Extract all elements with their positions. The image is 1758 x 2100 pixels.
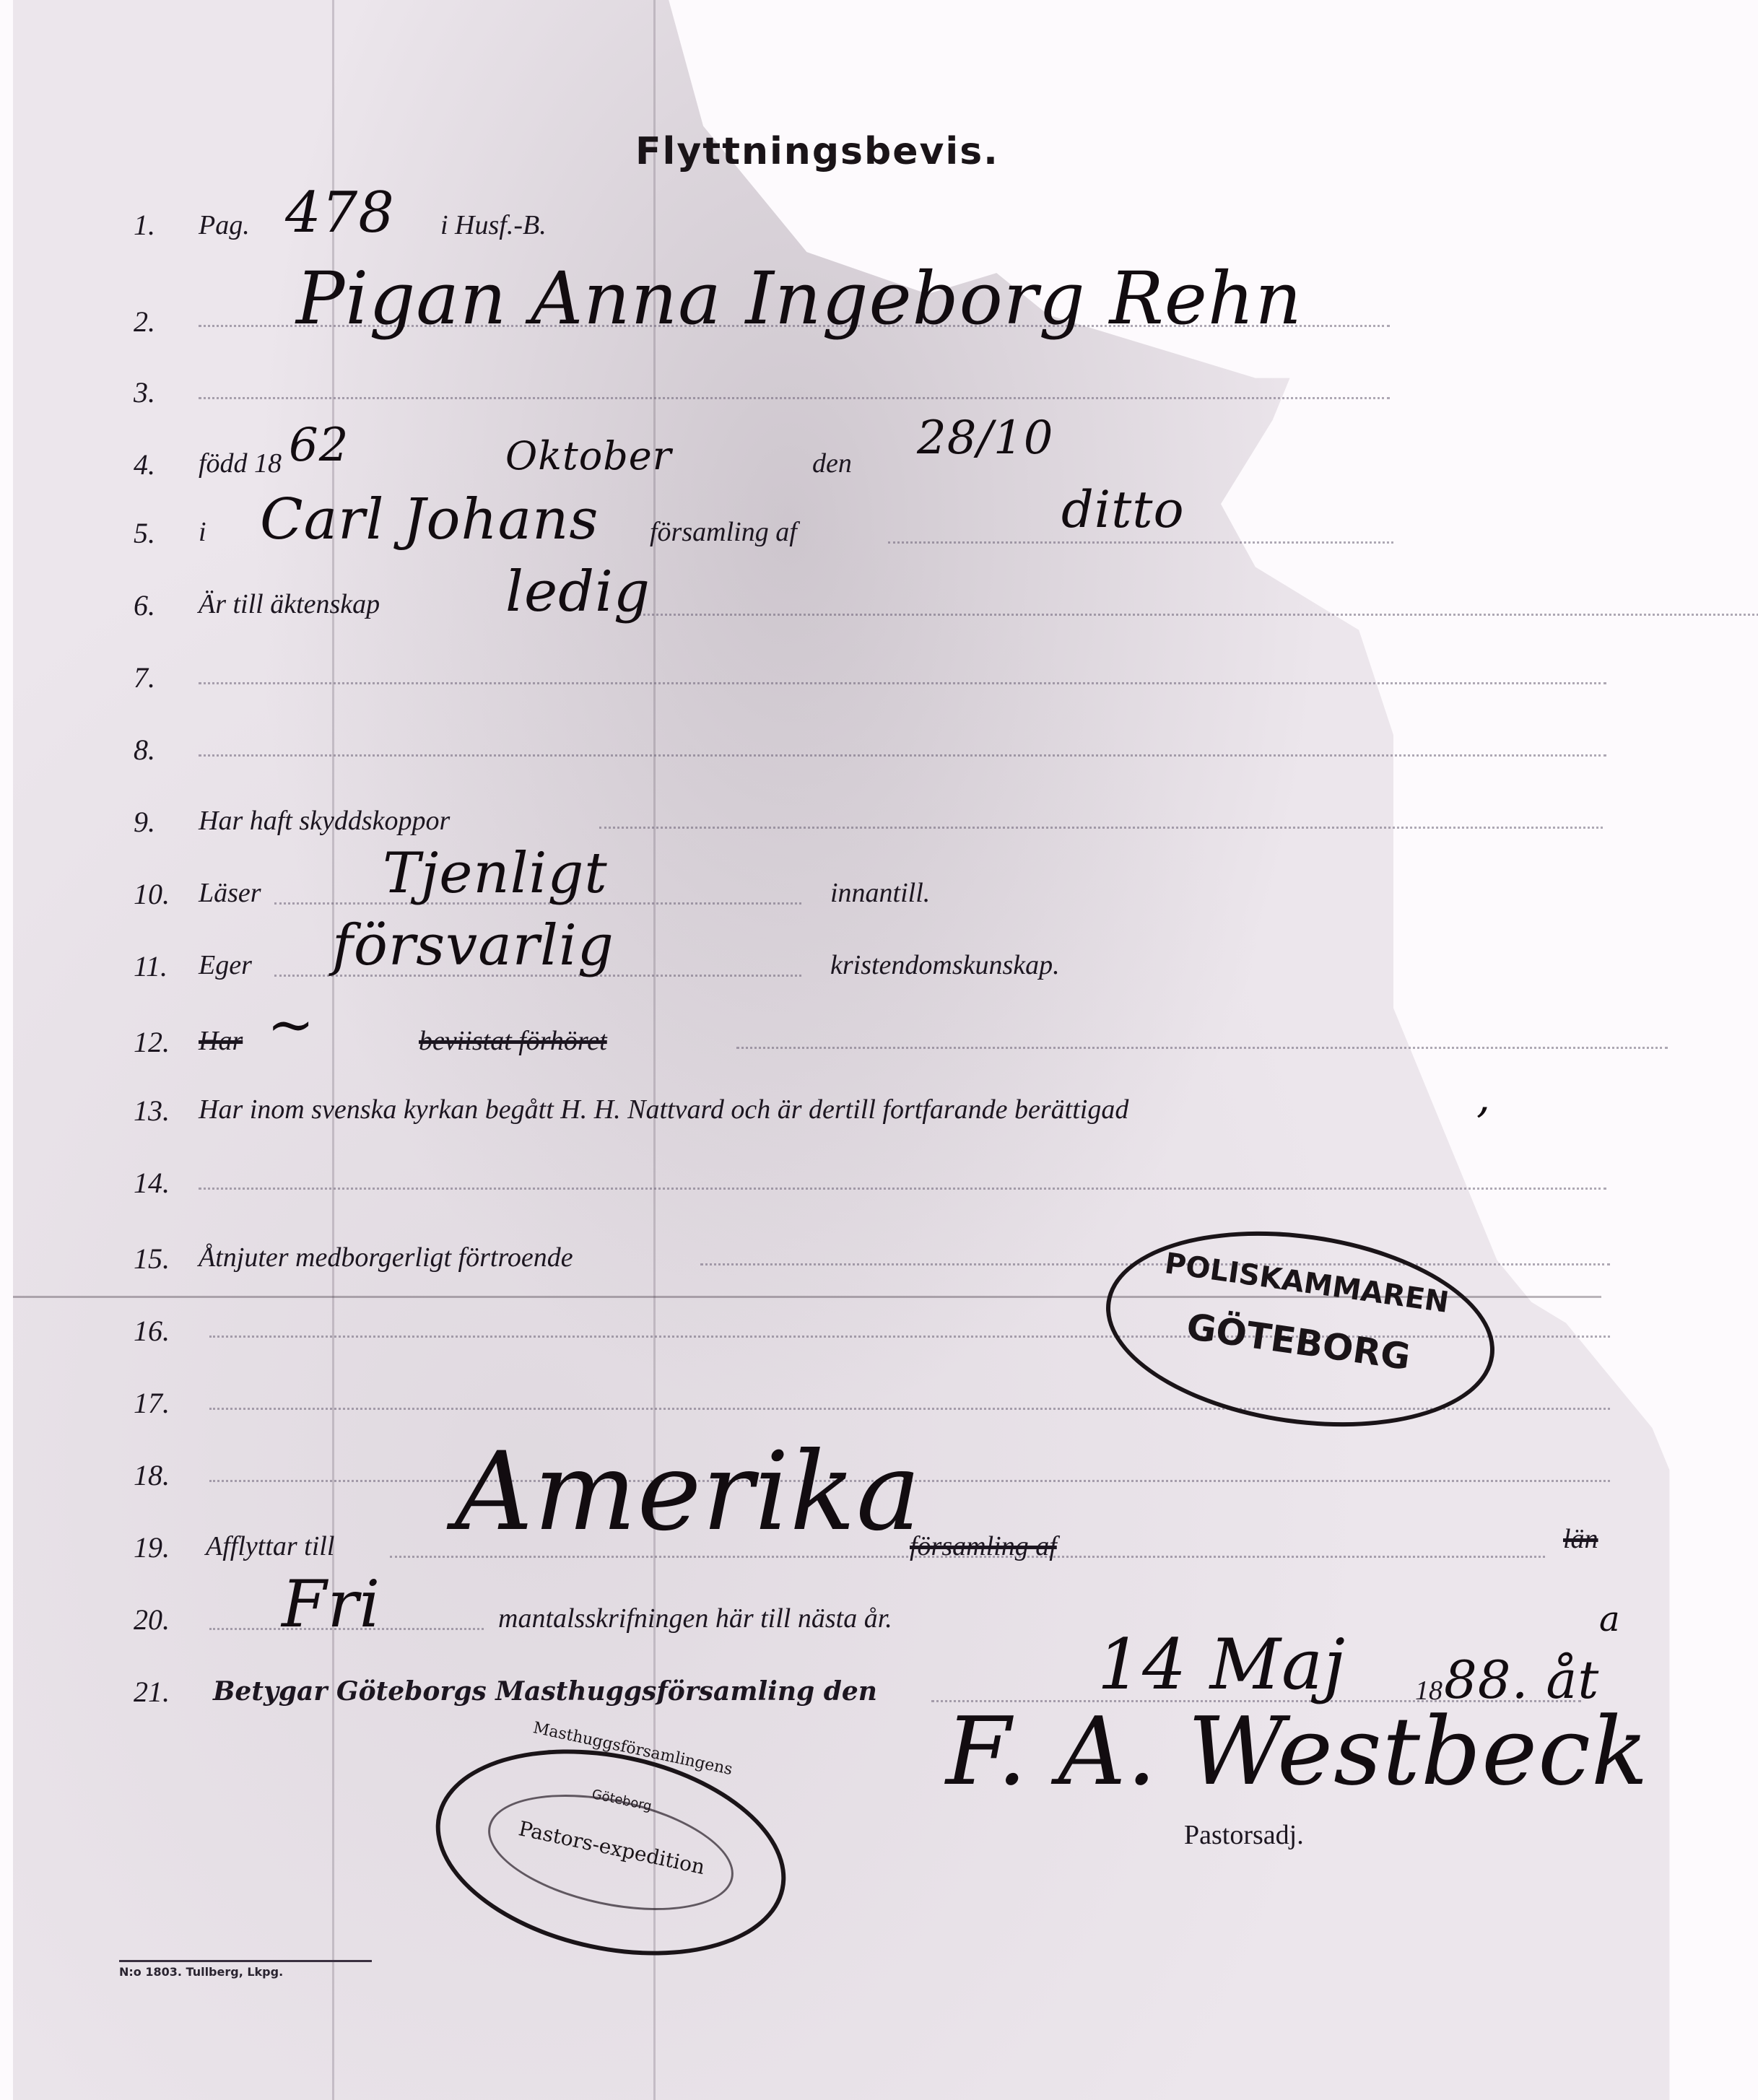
row-number: 2.: [134, 305, 155, 339]
row-number: 7.: [134, 661, 155, 694]
printed-label-struck: Har: [199, 1025, 243, 1057]
printed-label: innantill.: [830, 877, 930, 909]
form-row-19: 19. Afflyttar till Amerika församling af…: [0, 1523, 1661, 1588]
row-number: 6.: [134, 588, 155, 622]
form-row-5: 5. i Carl Johans församling af ditto: [0, 509, 1661, 574]
row-number: 21.: [134, 1675, 170, 1709]
form-row-13: 13. Har inom svenska kyrkan begått H. H.…: [0, 1086, 1661, 1151]
handwritten-birth-year: 62: [289, 419, 349, 472]
row-number: 9.: [134, 805, 155, 839]
row-number: 15.: [134, 1242, 170, 1276]
handwritten-knowledge-grade: försvarlig: [332, 913, 614, 978]
dotted-line: [199, 682, 1606, 684]
handwritten-destination: Amerika: [455, 1429, 921, 1555]
document-title: Flyttningsbevis.: [635, 130, 999, 173]
printed-label: Har haft skyddskoppor: [199, 805, 450, 837]
form-row-4: 4. född 18 62 Oktober den 28/10: [0, 440, 1661, 505]
printed-label: den: [812, 448, 852, 479]
row-number: 3.: [134, 375, 155, 409]
form-row-2: 2. Pigan Anna Ingeborg Rehn: [0, 289, 1661, 354]
row-number: 11.: [134, 949, 167, 983]
dotted-line: [635, 614, 1758, 616]
row-number: 13.: [134, 1094, 170, 1128]
printer-mark: N:o 1803. Tullberg, Lkpg.: [119, 1960, 372, 1979]
form-row-14: 14.: [0, 1159, 1661, 1224]
signature: F. A. Westbeck: [946, 1696, 1649, 1806]
printed-label: Betygar Göteborgs Masthuggsförsamling de…: [213, 1676, 877, 1707]
printed-label: i: [199, 516, 206, 548]
form-row-7: 7.: [0, 653, 1661, 718]
handwritten-page-number: 478: [285, 180, 395, 245]
handwritten-birth-day: 28/10: [917, 411, 1053, 465]
handwritten-marital-status: ledig: [505, 559, 650, 624]
handwritten-mark: ~: [267, 993, 315, 1058]
printed-label: församling af: [650, 516, 797, 548]
dotted-line: [199, 1188, 1606, 1190]
printed-label: Eger: [199, 949, 252, 981]
form-row-9: 9. Har haft skyddskoppor: [0, 798, 1661, 863]
printed-label: Afflyttar till: [206, 1530, 334, 1562]
signature-title: Pastorsadj.: [1184, 1819, 1304, 1851]
row-number: 10.: [134, 877, 170, 911]
handwritten-accent: a: [1599, 1599, 1621, 1639]
row-number: 17.: [134, 1386, 170, 1420]
stamp-bottom-text: GÖTEBORG: [1184, 1305, 1413, 1378]
handwritten-date: 14 Maj: [1097, 1624, 1346, 1705]
row-number: 14.: [134, 1166, 170, 1200]
handwritten-county: ditto: [1061, 480, 1185, 539]
dotted-line: [888, 541, 1393, 544]
form-row-12: 12. Har ~ beviistat förhöret: [0, 1018, 1661, 1083]
row-number: 19.: [134, 1530, 170, 1564]
row-number: 4.: [134, 448, 155, 482]
printed-label: Är till äktenskap: [199, 588, 380, 620]
printed-label: kristendomskunskap.: [830, 949, 1060, 981]
form-row-20: 20. Fri mantalsskrifningen här till näst…: [0, 1595, 1661, 1660]
handwritten-mark: ,: [1476, 1072, 1491, 1123]
row-number: 18.: [134, 1458, 170, 1492]
printed-label: Pag.: [199, 209, 250, 241]
stamp-inner-ring: [478, 1775, 744, 1930]
handwritten-parish: Carl Johans: [260, 487, 599, 552]
row-number: 8.: [134, 733, 155, 767]
printed-label: Läser: [199, 877, 261, 909]
handwritten-reading-grade: Tjenligt: [383, 841, 608, 906]
printed-label-struck: församling af: [910, 1530, 1057, 1562]
printed-label: Åtnjuter medborgerligt förtroende: [199, 1242, 573, 1273]
form-row-6: 6. Är till äktenskap ledig: [0, 581, 1661, 646]
printed-label-struck: beviistat förhöret: [419, 1025, 607, 1057]
form-row-3: 3.: [0, 368, 1661, 433]
row-number: 1.: [134, 208, 155, 242]
printed-label: mantalsskrifningen här till nästa år.: [498, 1603, 892, 1634]
handwritten-birth-month: Oktober: [505, 433, 672, 479]
dotted-line: [199, 754, 1606, 757]
row-number: 12.: [134, 1025, 170, 1059]
printed-label: i Husf.-B.: [440, 209, 547, 241]
dotted-line: [599, 827, 1603, 829]
row-number: 16.: [134, 1314, 170, 1348]
dotted-line: [199, 397, 1390, 399]
printed-label: Har inom svenska kyrkan begått H. H. Nat…: [199, 1094, 1128, 1125]
row-number: 5.: [134, 516, 155, 550]
handwritten-tax-status: Fri: [282, 1567, 380, 1642]
form-row-11: 11. Eger försvarlig kristendomskunskap.: [0, 942, 1661, 1007]
form-row-10: 10. Läser Tjenligt innantill.: [0, 870, 1661, 935]
printed-label: född 18: [199, 448, 282, 479]
dotted-line: [736, 1047, 1668, 1049]
printed-label-struck: län: [1563, 1523, 1598, 1555]
row-number: 20.: [134, 1603, 170, 1637]
form-row-8: 8.: [0, 726, 1661, 790]
handwritten-name: Pigan Anna Ingeborg Rehn: [296, 256, 1302, 341]
